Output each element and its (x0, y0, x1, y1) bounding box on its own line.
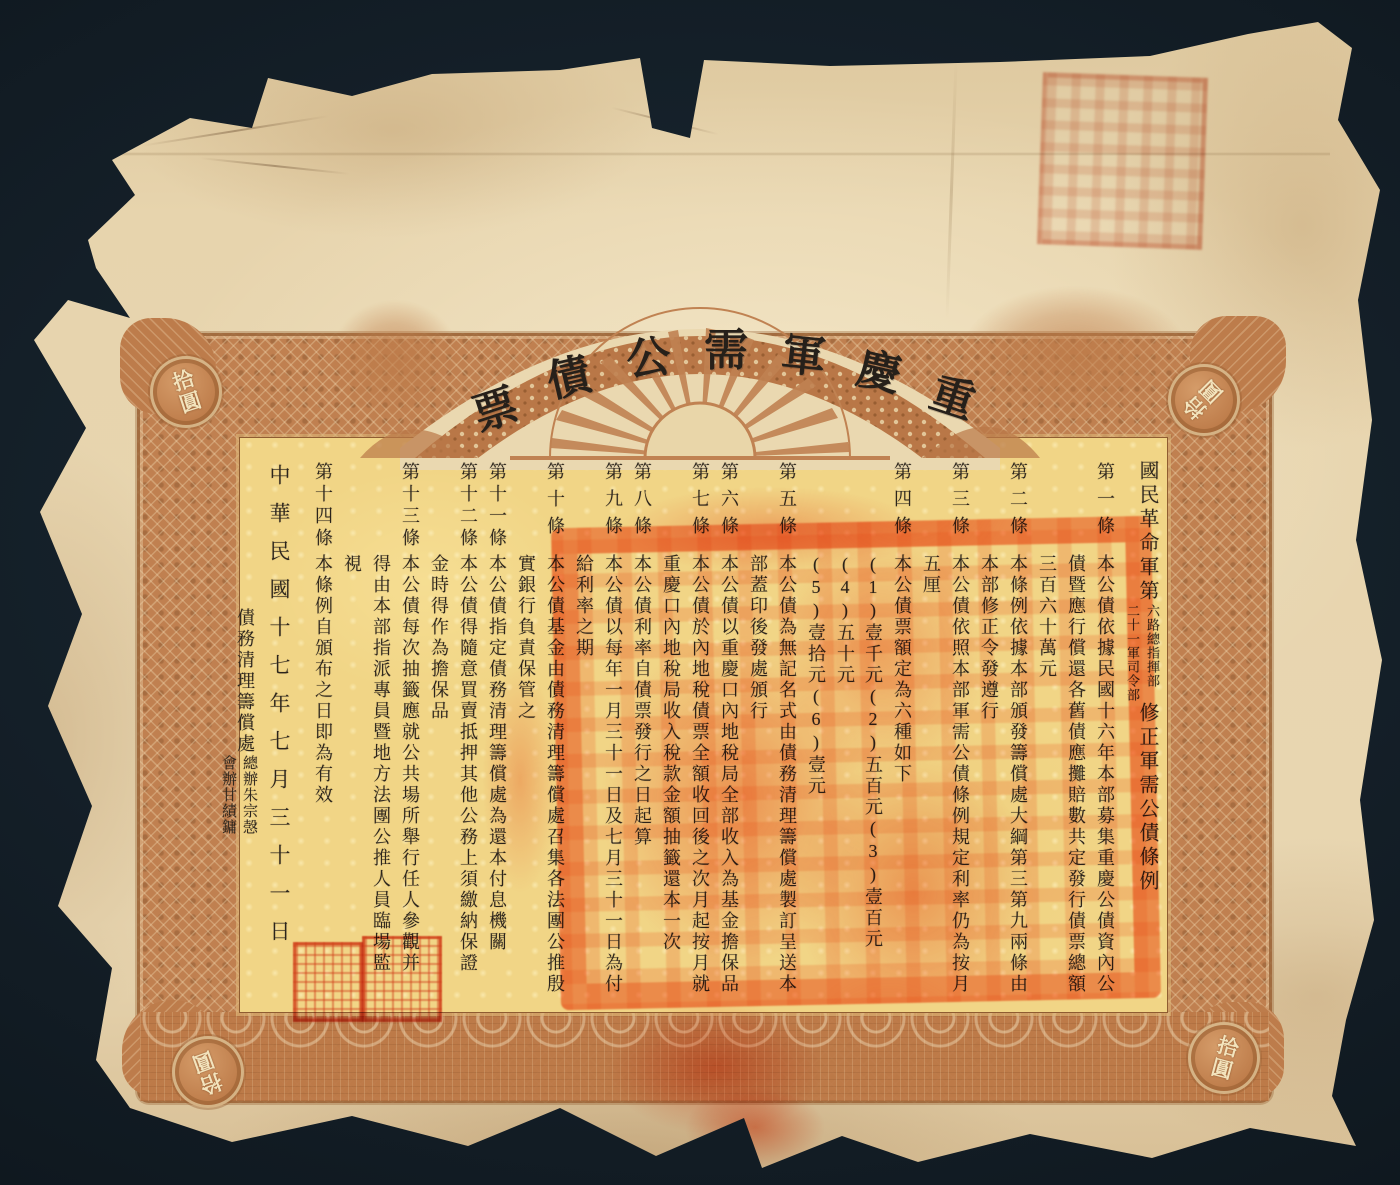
scanned-bond-certificate: 拾圓 拾圓 拾圓 拾圓 (0, 0, 1400, 1185)
issuer-signature-2: 會辦甘績鏞 (217, 755, 238, 835)
article-number: 第十二條 (454, 462, 482, 550)
aged-paper: 拾圓 拾圓 拾圓 拾圓 (0, 0, 1400, 1185)
article-text: 視 (342, 554, 362, 575)
denomination-medallion-top-left: 拾圓 (150, 356, 222, 428)
issuer-office: 債務清理籌償處 (235, 608, 255, 755)
article-text: 本條例自頒布之日即為有效 (313, 554, 333, 806)
issuer-signatures: 總辦朱宗愨會辦甘績鏞 (215, 755, 259, 835)
article-text: 得由本部指派專員暨地方法團公推人員臨場監 (371, 554, 391, 974)
issuer-signature-1: 總辦朱宗愨 (238, 755, 259, 835)
left-wing-ornament (330, 300, 460, 420)
issuer-name: 朱宗愨 (241, 787, 257, 835)
small-personal-seal (362, 936, 442, 1022)
faded-red-seal-stamp (1037, 72, 1208, 250)
issuer-role: 會辦 (220, 755, 236, 787)
garland-sunburst-graphic (360, 262, 1040, 470)
article-continuation-column: 金時得作為擔保品 (425, 460, 453, 1008)
paper-crack (141, 115, 329, 147)
issuer-name: 甘績鏞 (220, 787, 236, 835)
article-continuation-column: 得由本部指派專員暨地方法團公推人員臨場監 (367, 460, 395, 1008)
denomination-medallion-bottom-right: 拾圓 (1188, 1022, 1260, 1094)
article-text: 本公債每次抽籤應就公共場所舉行任人參觀并 (400, 554, 420, 974)
article-number: 第十四條 (309, 462, 337, 550)
small-personal-seal (293, 942, 363, 1022)
denomination-label: 拾圓 (165, 365, 208, 418)
date-column: 中華民國十七年七月三十一日 (265, 460, 293, 1008)
large-official-seal-stamp (551, 516, 1161, 1010)
issuer-role: 總辦 (241, 755, 257, 787)
right-wing-ornament (960, 286, 1190, 426)
header-ornament: 票 債 公 需 軍 慶 重 (360, 262, 1040, 470)
seal-smudge (655, 1070, 855, 1185)
article-column: 第十四條本條例自頒布之日即為有效 (309, 460, 337, 1008)
denomination-label: 拾圓 (186, 1045, 230, 1098)
article-number: 第十三條 (396, 462, 424, 550)
article-continuation-column: 視 (338, 460, 366, 1008)
paper-crack (611, 107, 718, 136)
seal-smudge (470, 630, 570, 930)
article-text: 金時得作為擔保品 (429, 554, 449, 722)
title-arc-char: 公 (623, 320, 673, 388)
title-arc-char: 需 (704, 314, 748, 378)
denomination-label: 拾圓 (1204, 1032, 1245, 1084)
article-number: 第十一條 (483, 462, 511, 550)
paper-crack (200, 157, 349, 175)
issuer-column: 債務清理籌償處總辦朱宗愨會辦甘績鏞 (215, 460, 259, 1008)
title-arc-char: 軍 (779, 318, 829, 386)
article-column: 第十三條本公債每次抽籤應就公共場所舉行任人參觀并 (396, 460, 424, 1008)
denomination-medallion-bottom-left: 拾圓 (172, 1036, 244, 1108)
seal-smudge (560, 470, 980, 590)
